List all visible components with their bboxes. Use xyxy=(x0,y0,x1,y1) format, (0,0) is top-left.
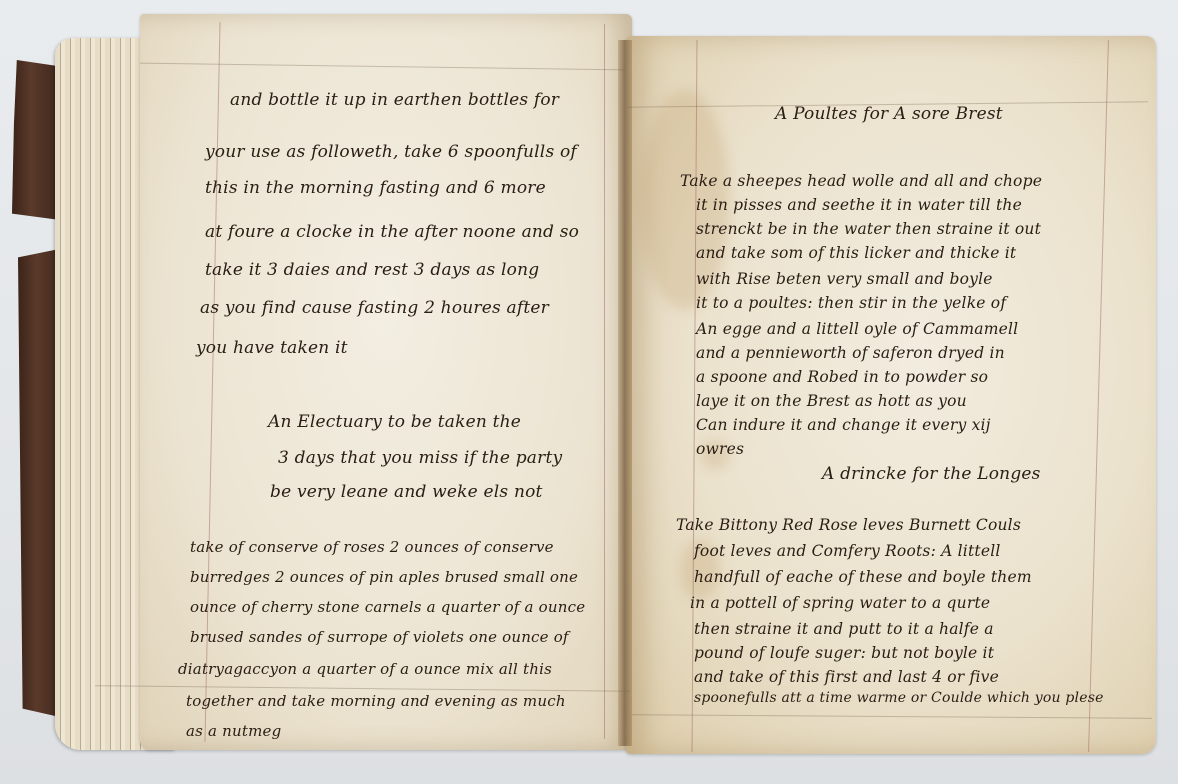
right-line: An egge and a littell oyle of Cammamell xyxy=(696,320,1018,338)
right-line: and a pennieworth of saferon dryed in xyxy=(696,344,1005,362)
right-line: it to a poultes: then stir in the yelke … xyxy=(696,294,1006,312)
left-line: at foure a clocke in the after noone and… xyxy=(205,222,579,242)
left-line: burredges 2 ounces of pin aples brused s… xyxy=(190,568,578,586)
left-line: ounce of cherry stone carnels a quarter … xyxy=(190,598,585,616)
leather-cover-fragment-top xyxy=(12,60,60,220)
drink-heading: A drincke for the Longes xyxy=(822,464,1041,484)
right-line: owres xyxy=(696,440,744,458)
left-line: you have taken it xyxy=(196,338,348,358)
left-line: as you find cause fasting 2 houres after xyxy=(200,298,549,318)
book-gutter xyxy=(618,40,632,746)
right-line: Can indure it and change it every xij xyxy=(696,416,991,434)
left-line: brused sandes of surrope of violets one … xyxy=(190,628,569,646)
right-line: laye it on the Brest as hott as you xyxy=(696,392,967,410)
left-line: take it 3 daies and rest 3 days as long xyxy=(205,260,539,280)
right-line: pound of loufe suger: but not boyle it xyxy=(694,644,994,662)
poultice-heading: A Poultes for A sore Brest xyxy=(775,104,1003,124)
right-line: Take a sheepes head wolle and all and ch… xyxy=(680,172,1042,190)
electuary-heading: be very leane and weke els not xyxy=(270,482,543,502)
left-line: and bottle it up in earthen bottles for xyxy=(230,90,559,110)
right-line: a spoone and Robed in to powder so xyxy=(696,368,988,386)
margin-rule xyxy=(604,24,605,739)
left-line: this in the morning fasting and 6 more xyxy=(205,178,546,198)
manuscript-photo: and bottle it up in earthen bottles for … xyxy=(0,0,1178,784)
right-line: foot leves and Comfery Roots: A littell xyxy=(694,542,1001,560)
right-line: then straine it and putt to it a halfe a xyxy=(694,620,994,638)
right-line: strenckt be in the water then straine it… xyxy=(696,220,1041,238)
right-line: spoonefulls att a time warme or Coulde w… xyxy=(694,690,1104,706)
electuary-heading: An Electuary to be taken the xyxy=(268,412,521,432)
left-line: your use as followeth, take 6 spoonfulls… xyxy=(205,142,577,162)
right-line: handfull of eache of these and boyle the… xyxy=(694,568,1032,586)
right-line: Take Bittony Red Rose leves Burnett Coul… xyxy=(676,516,1021,534)
electuary-heading: 3 days that you miss if the party xyxy=(278,448,562,468)
left-line: together and take morning and evening as… xyxy=(186,692,566,710)
right-line: it in pisses and seethe it in water till… xyxy=(696,196,1022,214)
right-line: and take som of this licker and thicke i… xyxy=(696,244,1016,262)
left-line: take of conserve of roses 2 ounces of co… xyxy=(190,538,554,556)
right-line: and take of this first and last 4 or fiv… xyxy=(694,668,999,686)
right-line: with Rise beten very small and boyle xyxy=(696,270,993,288)
left-line: diatryagaccyon a quarter of a ounce mix … xyxy=(178,660,552,678)
right-line: in a pottell of spring water to a qurte xyxy=(690,594,990,612)
left-line: as a nutmeg xyxy=(186,722,281,740)
